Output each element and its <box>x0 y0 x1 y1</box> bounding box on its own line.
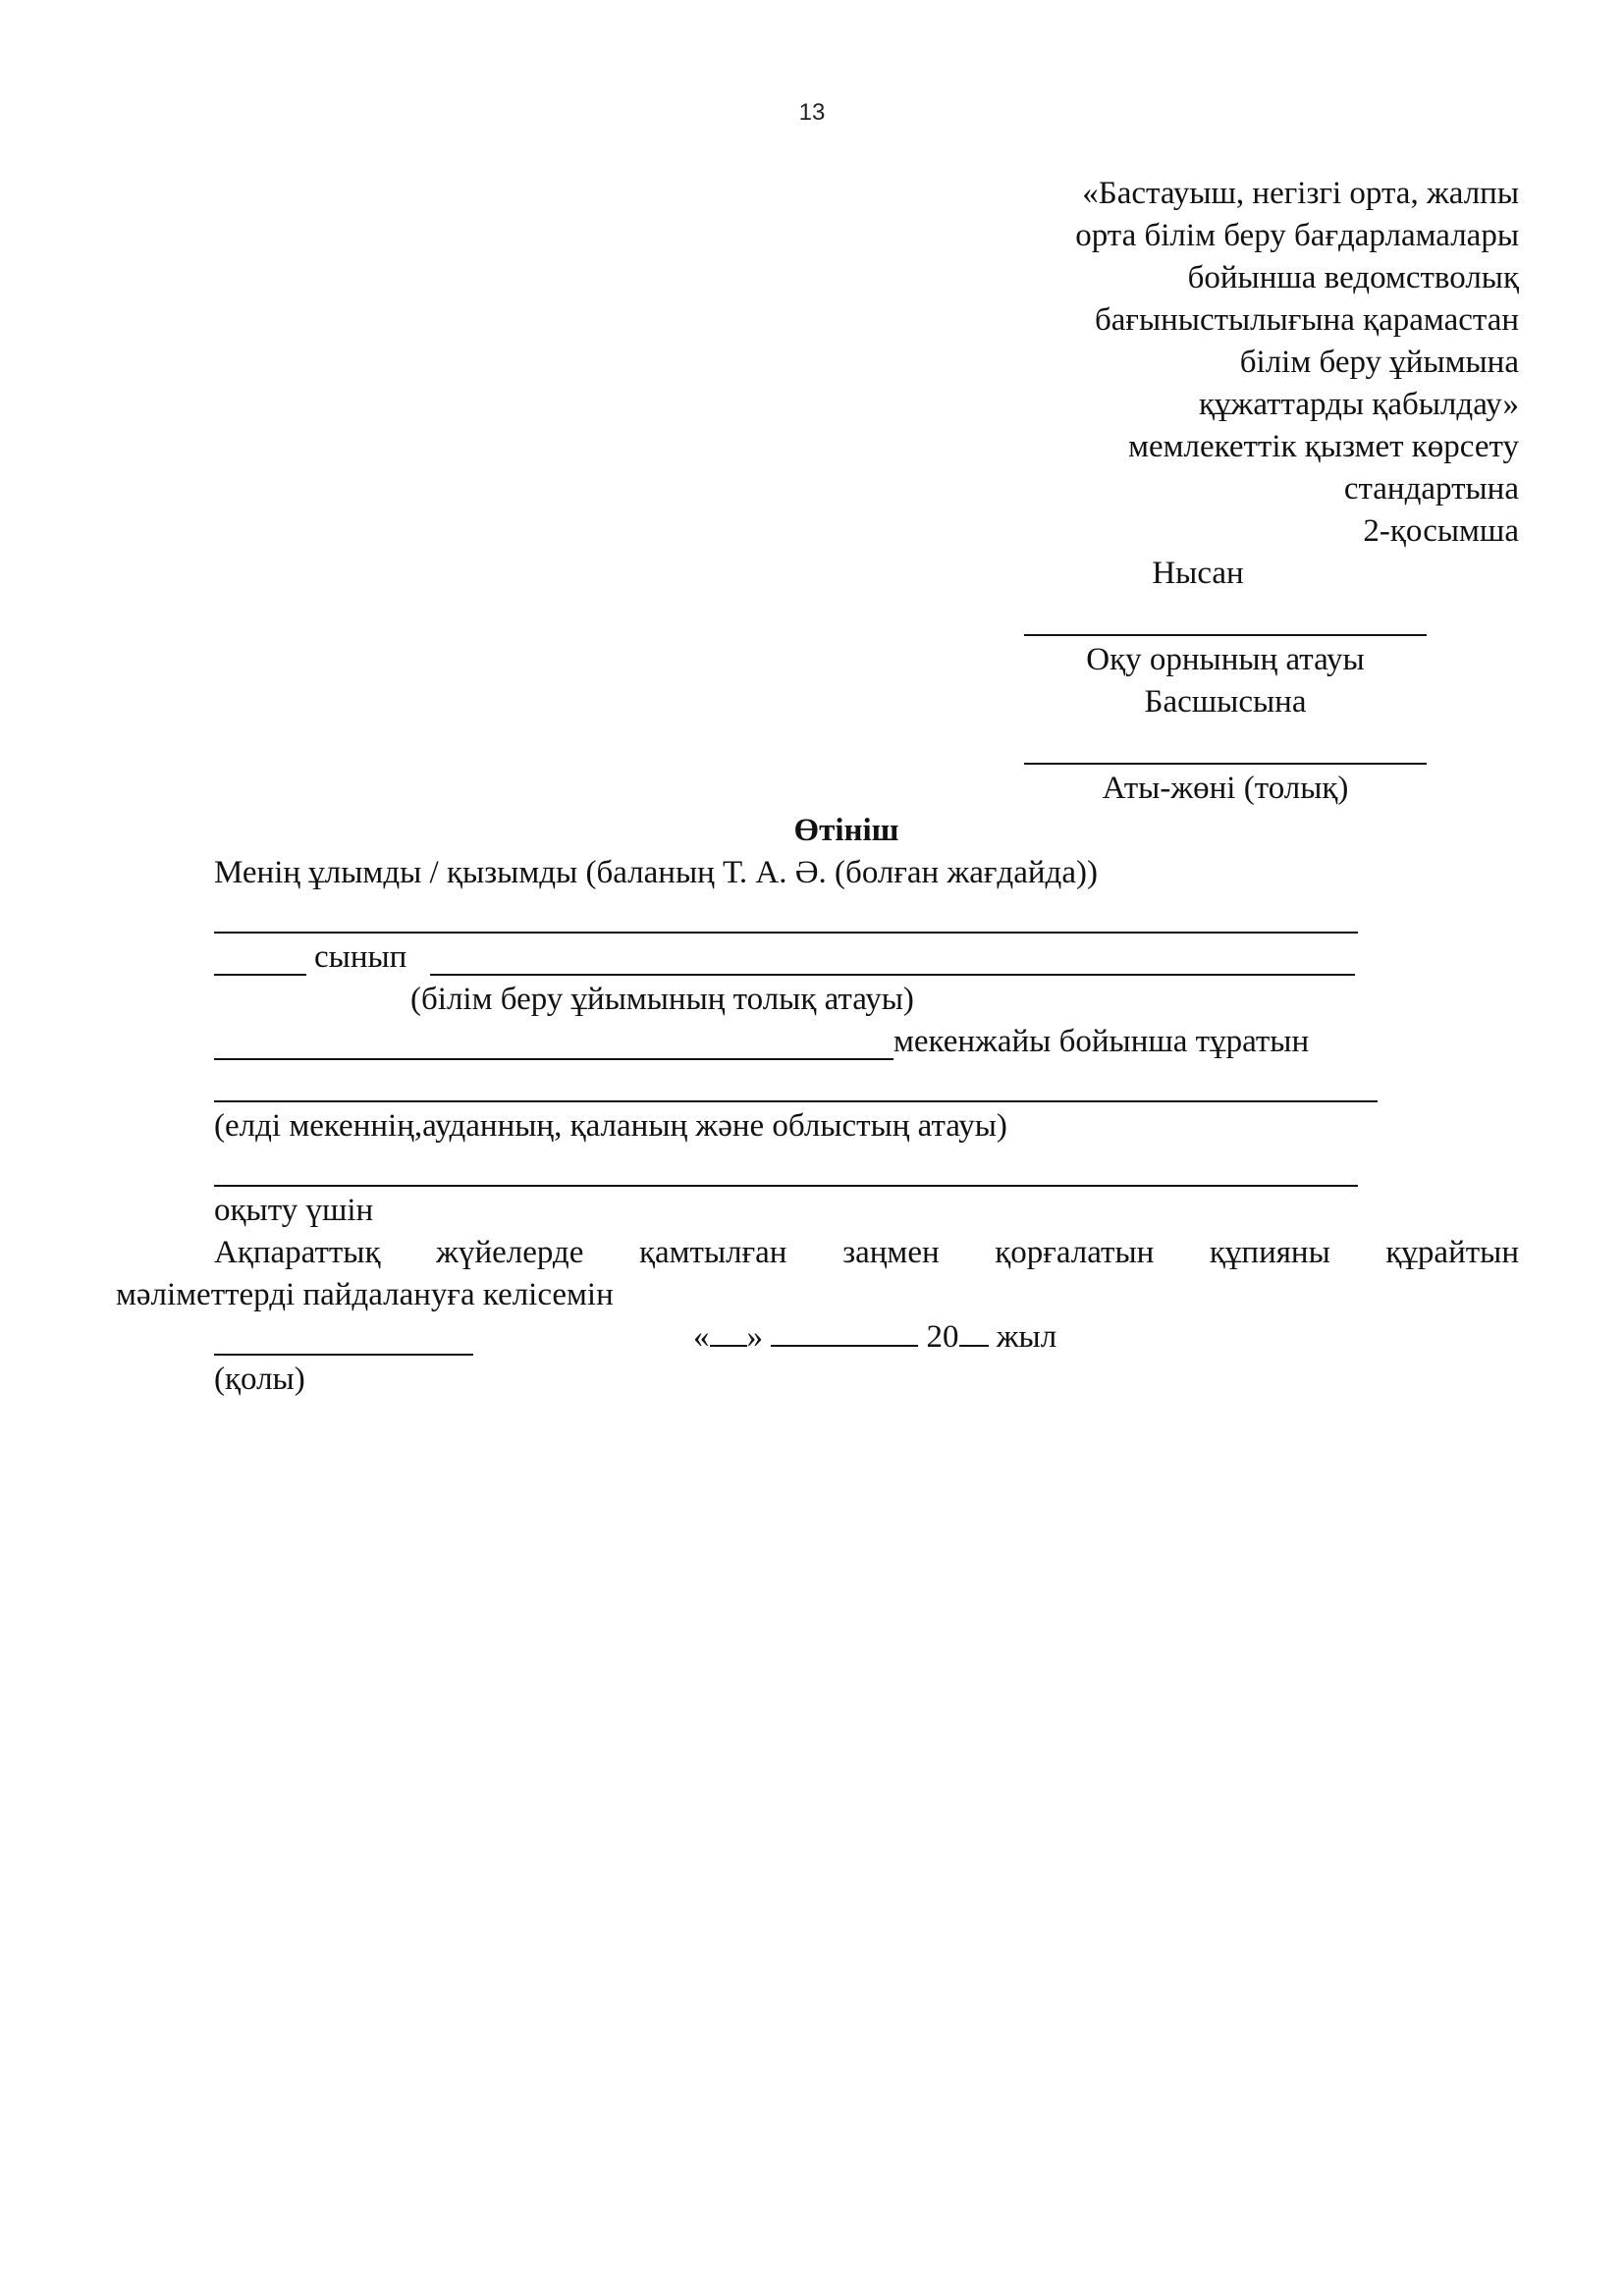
school-caption: (білім беру ұйымының толық атауы) <box>410 979 914 1021</box>
date-open-quote: « <box>693 1319 710 1355</box>
locality-field[interactable] <box>214 1100 1378 1102</box>
year-prefix: 20 <box>927 1319 959 1355</box>
signature-field[interactable] <box>214 1354 473 1356</box>
school-name-field[interactable] <box>430 974 1355 976</box>
form-label: Нысан <box>1041 553 1355 595</box>
page-number: 13 <box>0 99 1624 127</box>
purpose-text: оқыту үшін <box>214 1190 373 1232</box>
annex-line: «Бастауыш, негізгі орта, жалпы <box>1082 173 1519 215</box>
address-suffix: мекенжайы бойынша тұратын <box>893 1021 1309 1063</box>
recipient-school-field[interactable] <box>1024 634 1427 636</box>
document-title: Өтініш <box>0 810 1624 852</box>
year-field[interactable] <box>959 1317 989 1347</box>
consent-line-1: Ақпараттық жүйелерде қамтылған заңмен қо… <box>214 1232 1519 1274</box>
year-suffix: жыл <box>997 1319 1056 1355</box>
signature-caption: (қолы) <box>214 1359 305 1401</box>
intro-text: Менің ұлымды / қызымды (баланың Т. А. Ә.… <box>214 852 1098 894</box>
extra-field[interactable] <box>214 1185 1358 1187</box>
recipient-caption: Оқу орнының атауы <box>1024 639 1427 681</box>
annex-line: бойынша ведомстволық <box>1188 257 1519 299</box>
annex-line: білім беру ұйымына <box>1240 342 1519 384</box>
month-field[interactable] <box>771 1317 918 1347</box>
annex-line: стандартына <box>1344 468 1519 510</box>
annex-line: бағыныстылығына қарамастан <box>1095 299 1519 342</box>
address-field[interactable] <box>214 1058 893 1060</box>
child-name-field[interactable] <box>214 932 1358 934</box>
recipient-role: Басшысына <box>1024 681 1427 723</box>
applicant-name-field[interactable] <box>1024 763 1427 765</box>
day-field[interactable] <box>710 1317 747 1347</box>
grade-label: сынып <box>314 936 406 979</box>
date-close-quote: » <box>747 1319 764 1355</box>
annex-line: құжаттарды қабылдау» <box>1199 384 1519 426</box>
annex-line: мемлекеттік қызмет көрсету <box>1128 426 1519 468</box>
locality-caption: (елді мекеннің,ауданның, қаланың және об… <box>214 1105 1007 1148</box>
annex-line: орта білім беру бағдарламалары <box>1075 215 1519 257</box>
annex-line: 2-қосымша <box>1363 510 1519 553</box>
applicant-caption: Аты-жөні (толық) <box>1024 768 1427 810</box>
date-block: «» 20 жыл <box>693 1316 1056 1359</box>
consent-line-2: мәліметтерді пайдалануға келісемін <box>116 1274 614 1316</box>
grade-field[interactable] <box>214 974 306 976</box>
